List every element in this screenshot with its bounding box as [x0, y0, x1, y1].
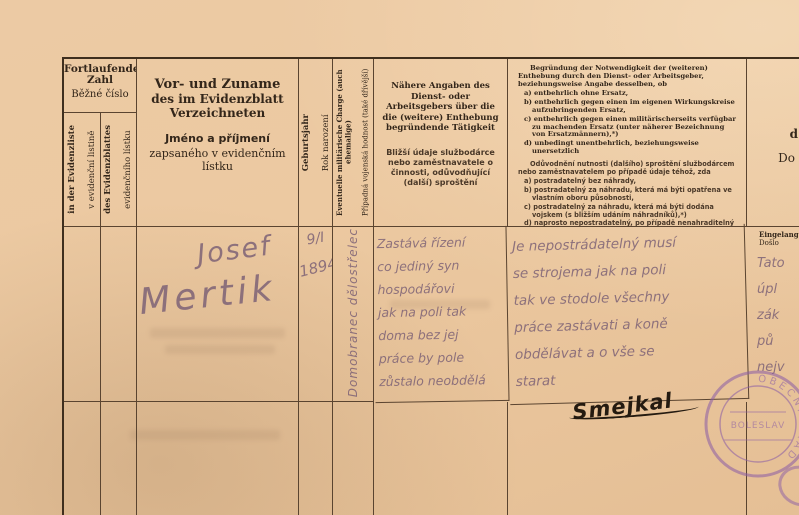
header-serial-list-de: in der Evidenzliste: [67, 125, 77, 214]
header-reason-de-block: Begründung der Notwendigkeit der (weiter…: [518, 65, 738, 156]
handwritten-received-line: zák: [757, 303, 785, 329]
handwritten-details-line: co jediný syn: [377, 253, 504, 278]
handwritten-details-line: jak na poli tak: [378, 299, 505, 324]
handwritten-first-name: Josef: [195, 231, 273, 271]
header-reason-cs-item-b: b) postradatelný za náhradu, která má bý…: [518, 187, 738, 203]
header-reason-de-intro: Begründung der Notwendigkeit der (weiter…: [518, 65, 738, 88]
row-employer-details-cell: Zastává řízení co jediný syn hospodářovi…: [372, 226, 509, 403]
header-serial-of-evidence-sheet: des Evidenzblattes evidenčního lístku: [101, 113, 137, 226]
header-reason-cs-intro: Odůvodnění nutnosti (dalšího) sproštění …: [518, 161, 738, 177]
header-serial-list-cs: v evidenční listině: [87, 130, 97, 208]
header-name-column: Vor- und Zuname des im Evidenzblatt Verz…: [137, 59, 299, 227]
scanned-record-sheet: Fortlaufende Zahl Běžné číslo in der Evi…: [0, 0, 799, 515]
header-serial-cs: Běžné číslo: [64, 89, 136, 100]
header-reason-cs-item-c: c) postradatelný za náhradu, která má bý…: [518, 204, 738, 220]
official-stamp-icon: OBECNÍ ÚŘAD BOLESLAV: [702, 368, 799, 480]
received-printed-de: Eingelang: [759, 230, 799, 239]
row-military-rank-cell: Domobranec dělostřelec: [333, 227, 374, 402]
header-name-de-main: Vor- und Zuname: [145, 77, 290, 92]
header-reason-de-item-d: d) unbedingt unentbehrlich, beziehungswe…: [518, 140, 738, 156]
header-serial-sheet-de: des Evidenzblattes: [103, 125, 113, 214]
handwritten-received-line: úpl: [757, 277, 785, 303]
header-name-cs-main: Jméno a příjmení: [145, 132, 290, 145]
header-exemption-reason-column: Begründung der Notwendigkeit der (weiter…: [508, 59, 747, 227]
header-birth-de: Geburtsjahr: [301, 114, 311, 171]
empty-cell: [374, 402, 508, 515]
handwritten-details-line: Zastává řízení: [377, 230, 504, 255]
empty-cell: [333, 402, 374, 515]
header-name-de-rest: des im Evidenzblatt Verzeichneten: [145, 92, 290, 120]
handwritten-details-line: hospodářovi: [377, 276, 504, 301]
handwritten-birth-year: 1894: [299, 255, 333, 280]
header-birth-cs: Rok narození: [321, 114, 331, 171]
header-received-column: d Do: [747, 59, 799, 227]
header-name-cs-rest: zapsaného v evidenčním lístku: [145, 147, 290, 173]
handwritten-details-line: zůstalo neobdělá: [379, 368, 506, 393]
received-printed-cs: Došlo: [759, 239, 779, 247]
header-received-de-fragment: d: [790, 127, 798, 141]
header-serial-sheet-cs: evidenčního lístku: [123, 130, 133, 209]
handwritten-details-line: doma bez jej: [378, 322, 505, 347]
header-serial-de: Fortlaufende Zahl: [64, 64, 136, 86]
header-employer-details-column: Nähere Angaben des Dienst- oder Arbeitsg…: [374, 59, 508, 227]
handwritten-birth-day: 9/I: [299, 228, 333, 249]
row-serial-in-list-cell: [64, 227, 101, 402]
header-military-rank-column: Eventuelle militärische Charge (auch ehe…: [333, 59, 374, 227]
header-reason-de-item-a: a) entbehrlich ohne Ersatz,: [518, 90, 738, 98]
header-received-cs-fragment: Do: [778, 151, 795, 165]
header-reason-cs-item-a: a) postradatelný bez náhrady,: [518, 178, 738, 186]
header-charge-de: Eventuelle militärische Charge (auch ehe…: [335, 69, 353, 216]
header-serial-number: Fortlaufende Zahl Běžné číslo in der Evi…: [64, 59, 137, 227]
header-reason-cs-block: Odůvodnění nutnosti (dalšího) sproštění …: [518, 161, 738, 227]
handwritten-received-line: Tato: [757, 251, 785, 277]
header-birth-year-column: Geburtsjahr Rok narození: [299, 59, 333, 227]
handwritten-received-line: pů: [757, 329, 785, 355]
empty-cell: [299, 402, 333, 515]
stamp-center-text: BOLESLAV: [731, 421, 785, 431]
evidenzblatt-table: Fortlaufende Zahl Běžné číslo in der Evi…: [62, 57, 799, 515]
header-reason-de-item-c: c) entbehrlich gegen einen militärischer…: [518, 116, 738, 139]
handwritten-details-line: práce by pole: [379, 345, 506, 370]
handwritten-last-name: Mertik: [137, 268, 278, 323]
header-serial-title: Fortlaufende Zahl Běžné číslo: [64, 59, 136, 113]
header-charge-cs: Případná vojenská hodnost (také dřívější…: [362, 69, 370, 216]
header-details-cs: Bližší údaje službodárce nebo zaměstnava…: [380, 148, 501, 188]
empty-cell: [64, 402, 101, 515]
header-serial-in-evidence-list: in der Evidenzliste v evidenční listině: [64, 113, 101, 226]
row-name-cell: Josef Mertik: [137, 227, 299, 402]
row-birth-year-cell: 9/I 1894: [299, 227, 333, 402]
header-details-de: Nähere Angaben des Dienst- oder Arbeitsg…: [380, 81, 501, 134]
empty-cell: [137, 402, 299, 515]
empty-cell: [101, 402, 137, 515]
header-reason-de-item-b: b) entbehrlich gegen einen im eigenen Wi…: [518, 99, 738, 115]
handwritten-military-rank: Domobranec dělostřelec: [346, 228, 360, 397]
row-serial-of-sheet-cell: [101, 227, 137, 402]
